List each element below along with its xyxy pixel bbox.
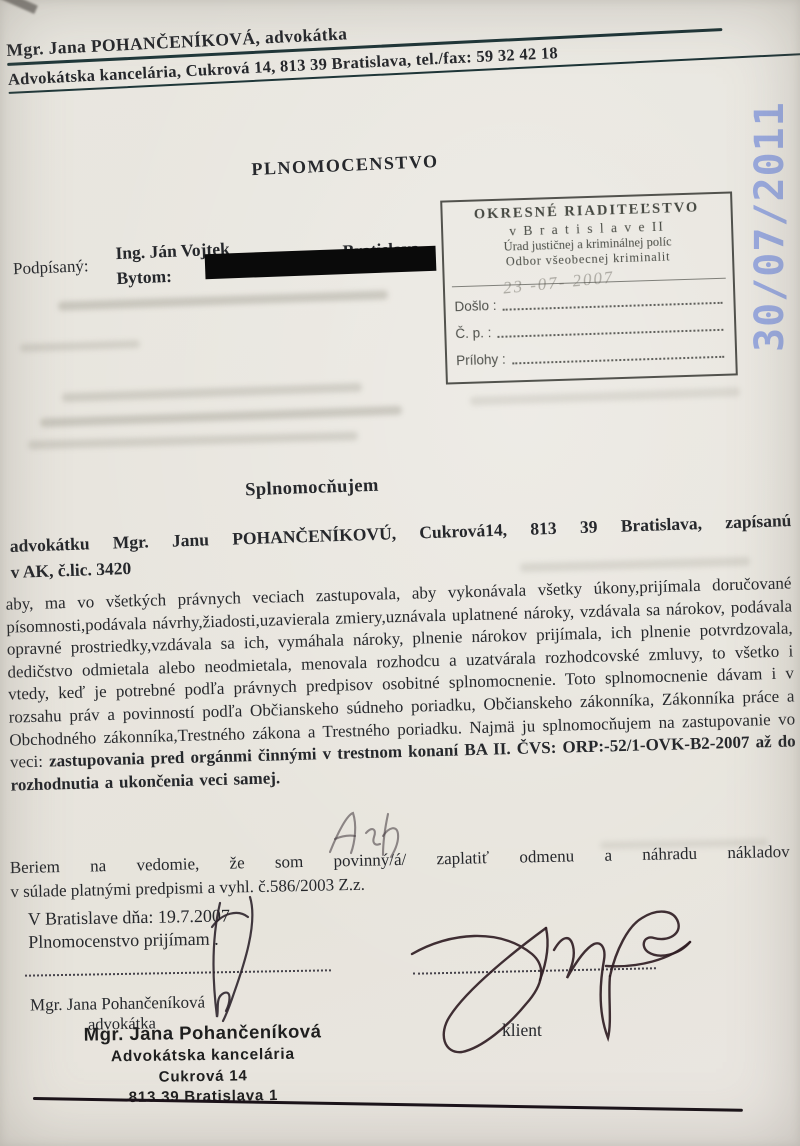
- bleedthrough-smudge: [62, 383, 362, 402]
- signatory-block: Podpísaný: Ing. Ján Vojtek Bytom: Bratis…: [12, 229, 472, 247]
- grant-paragraph: advokátku Mgr. Janu POHANČENÍKOVÚ, Cukro…: [9, 507, 792, 585]
- dotted-leader: [497, 316, 723, 337]
- client-signature: [398, 888, 698, 1060]
- dotted-leader: [511, 343, 724, 364]
- registry-stamp: OKRESNÉ RIADITEĽSTVO v B r a t i s l a v…: [440, 191, 738, 384]
- bleedthrough-smudge: [20, 340, 140, 352]
- registry-stamp-field-number: Č. p. :: [455, 316, 725, 340]
- field-attachments-label: Prílohy :: [456, 351, 506, 368]
- registry-stamp-field-attachments: Prílohy :: [456, 343, 726, 367]
- advocate-stamp-street: Cukrová 14: [55, 1066, 351, 1087]
- document-title: PLNOMOCENSTVO: [95, 144, 595, 187]
- field-received-label: Došlo :: [454, 298, 496, 314]
- advocate-rubber-stamp: Mgr. Jana Pohančeníková Advokátska kance…: [54, 1020, 351, 1107]
- advocate-typed-name: Mgr. Jana Pohančeníková: [30, 992, 205, 1015]
- date-watermark: 30/07/2011: [750, 101, 790, 352]
- advocate-signature: [182, 893, 297, 1025]
- bleedthrough-smudge: [28, 431, 358, 449]
- scanned-document-page: Mgr. Jana POHANČENÍKOVÁ, advokátka Advok…: [0, 0, 800, 1146]
- registry-stamp-field-received: Došlo :: [454, 289, 724, 313]
- photo-corner-blemish: [0, 0, 38, 14]
- bleedthrough-smudge: [470, 387, 740, 405]
- residence-label: Bytom:: [116, 266, 172, 289]
- bleedthrough-smudge: [58, 290, 388, 311]
- signatory-label: Podpísaný:: [13, 256, 89, 279]
- advocate-stamp-office: Advokátska kancelária: [55, 1045, 351, 1067]
- bleedthrough-smudge: [40, 406, 402, 428]
- redaction-bar: [205, 246, 437, 279]
- section-heading: Splnomocňujem: [0, 467, 624, 510]
- powers-paragraph: aby, ma vo všetkých právnych veciach zas…: [5, 572, 796, 797]
- letterhead: Mgr. Jana POHANČENÍKOVÁ, advokátka Advok…: [6, 0, 800, 94]
- field-number-label: Č. p. :: [455, 325, 491, 341]
